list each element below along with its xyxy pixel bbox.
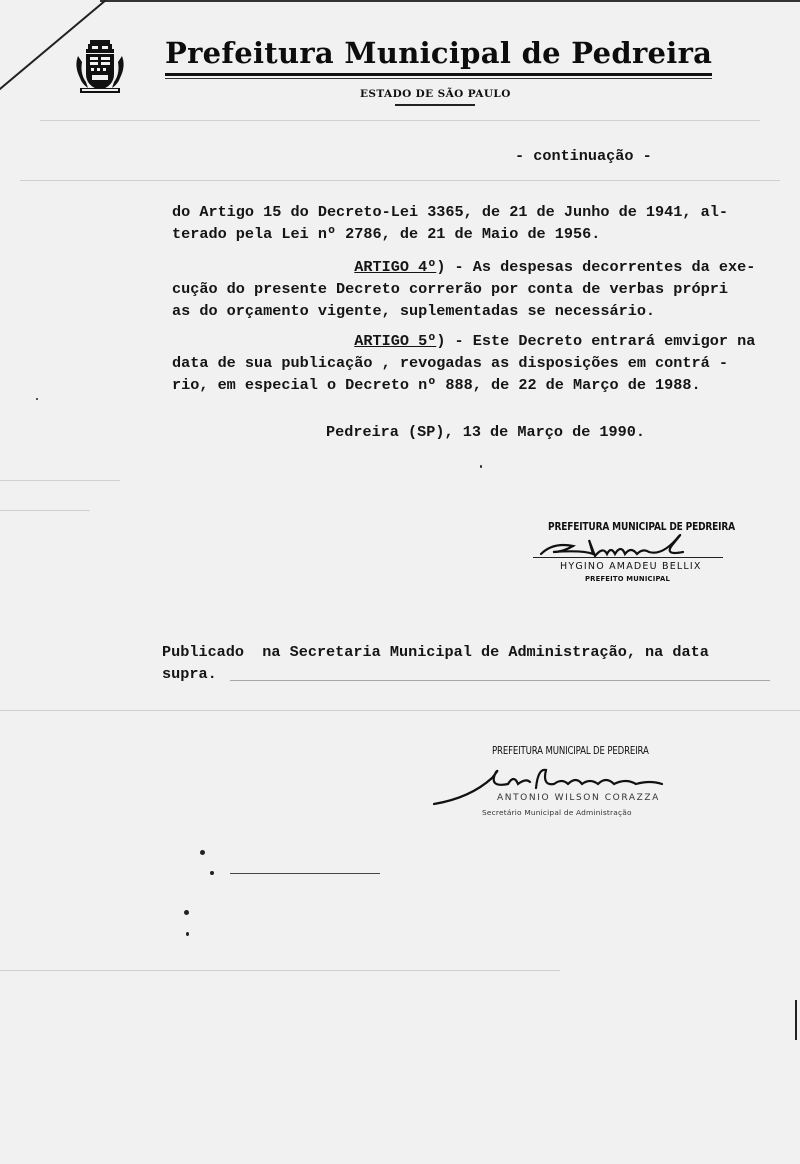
letterhead-title: Prefeitura Municipal de Pedreira	[165, 36, 713, 70]
secretary-stamp-org: PREFEITURA MUNICIPAL DE PEDREIRA	[492, 744, 649, 757]
scan-noise	[0, 970, 560, 971]
mayor-name: HYGINO AMADEU BELLIX	[560, 561, 702, 572]
scan-speck	[184, 910, 189, 915]
scan-speck	[795, 1000, 797, 1040]
article-5: ARTIGO 5º) - Este Decreto entrará emvigo…	[172, 330, 755, 396]
article-4-heading: ARTIGO 4º	[354, 258, 436, 276]
text-line: ) - Este Decreto entrará emvigor na	[436, 332, 755, 350]
municipal-coat-of-arms-icon	[72, 38, 128, 98]
text-line: supra.	[162, 665, 217, 683]
scan-speck	[200, 850, 205, 855]
text-line: Publicado na Secretaria Municipal de Adm…	[162, 643, 709, 661]
paragraph-article-reference: do Artigo 15 do Decreto-Lei 3365, de 21 …	[172, 201, 728, 245]
scan-speck	[36, 398, 38, 400]
scan-speck	[480, 465, 482, 468]
secretary-name: ANTONIO WILSON CORAZZA	[497, 793, 660, 803]
text-line: rio, em especial o Decreto nº 888, de 22…	[172, 376, 701, 394]
mayor-role: PREFEITO MUNICIPAL	[585, 575, 670, 583]
text-line: ) - As despesas decorrentes da exe-	[436, 258, 755, 276]
scan-noise	[0, 710, 800, 711]
article-5-heading: ARTIGO 5º	[354, 332, 436, 350]
continuation-marker: - continuação -	[515, 145, 652, 167]
scan-noise	[0, 480, 120, 481]
text-line: as do orçamento vigente, suplementadas s…	[172, 302, 655, 320]
text-line: do Artigo 15 do Decreto-Lei 3365, de 21 …	[172, 203, 728, 221]
scan-noise	[230, 873, 380, 874]
letterhead-state: ESTADO DE SÃO PAULO	[360, 88, 511, 100]
article-4: ARTIGO 4º) - As despesas decorrentes da …	[172, 256, 755, 322]
publication-note: Publicado na Secretaria Municipal de Adm…	[162, 641, 709, 685]
scan-noise	[0, 510, 90, 511]
scan-speck	[186, 932, 189, 936]
scan-noise	[230, 680, 770, 681]
text-line: data de sua publicação , revogadas as di…	[172, 354, 728, 372]
scan-noise	[20, 180, 780, 181]
text-line: cução do presente Decreto correrão por c…	[172, 280, 728, 298]
scan-top-edge	[100, 0, 800, 2]
place-and-date: Pedreira (SP), 13 de Março de 1990.	[326, 421, 645, 443]
mayor-signature-line	[533, 557, 723, 558]
text-line: terado pela Lei nº 2786, de 21 de Maio d…	[172, 225, 600, 243]
letterhead-rule	[165, 73, 712, 76]
scan-noise	[40, 120, 760, 121]
secretary-role: Secretário Municipal de Administração	[482, 808, 632, 817]
scan-speck	[210, 871, 214, 875]
state-underline	[395, 104, 475, 106]
letterhead-rule-thin	[165, 78, 712, 79]
